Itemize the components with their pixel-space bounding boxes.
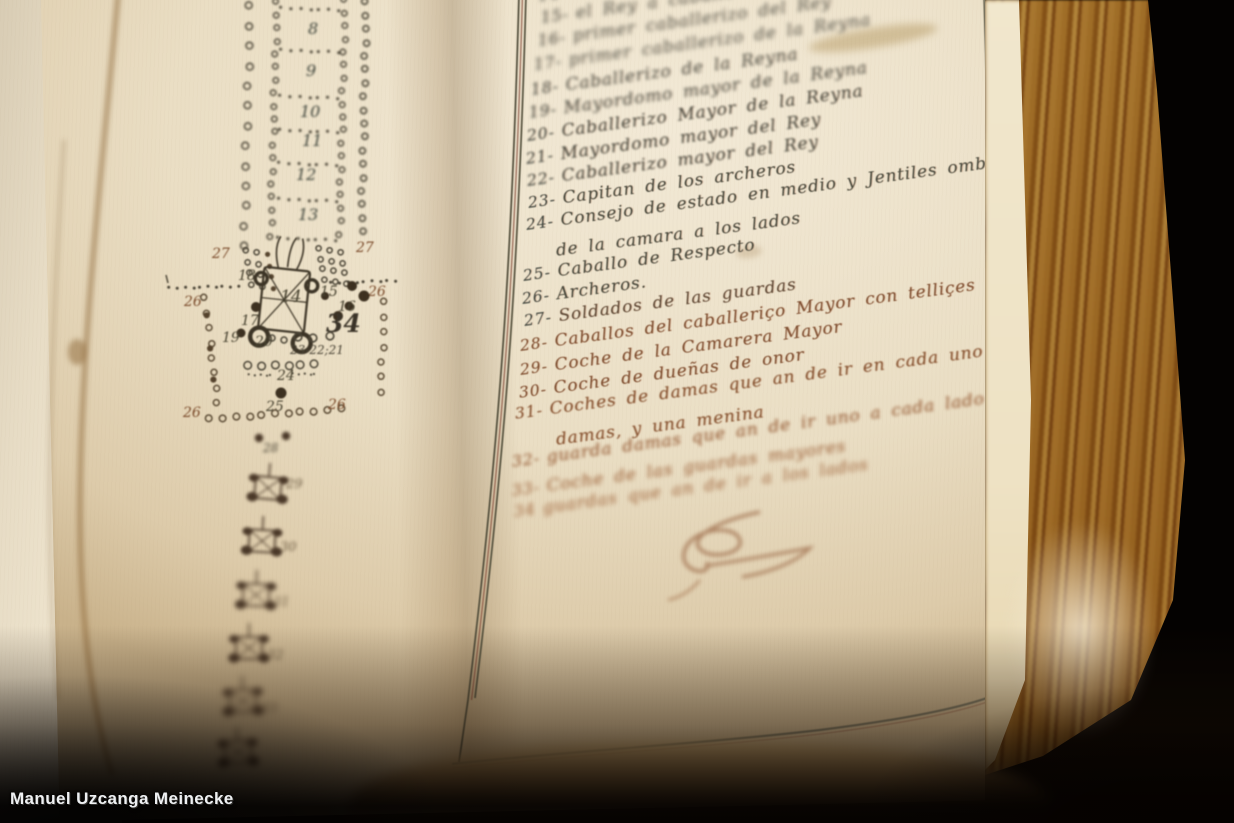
rank-10-label: 10 (300, 102, 320, 121)
label-14: 14 (280, 287, 302, 307)
label-31-train: 31 (273, 595, 290, 610)
page-corner-glow (1005, 520, 1155, 740)
diagram-carriage-block: 27 27 18 26 26 (166, 234, 397, 422)
rank-8-label: 8 (308, 19, 318, 38)
manuscript-photo: 8 9 10 11 12 13 27 27 18 26 26 (0, 0, 1234, 823)
label-28-train: 28 (262, 441, 279, 455)
label-19: 19 (222, 330, 240, 346)
rank-9-label: 9 (306, 61, 316, 80)
label-26-topleft: 26 (183, 294, 202, 310)
label-32-train: 32 (267, 648, 284, 663)
label-15: 15 (320, 284, 338, 300)
rank-11-label: 11 (302, 131, 322, 150)
rank-13-label: 13 (298, 205, 318, 224)
diagram-ladder: 8 9 10 11 12 13 (240, 0, 369, 249)
book-fore-edge (985, 0, 1234, 823)
rank-12-label: 12 (296, 165, 316, 184)
page-fold-creases (50, 0, 118, 775)
signature-flourish (668, 512, 810, 600)
label-18: 18 (238, 268, 256, 284)
label-27-right: 27 (355, 240, 374, 256)
label-25: 25 (265, 399, 284, 415)
label-34-big: 34 (326, 309, 361, 338)
diagram-coach-train: 28 29 30 31 32 33 (217, 432, 303, 767)
label-24: 24 (276, 368, 295, 384)
label-26-bottomright: 26 (327, 397, 346, 413)
label-26-bottomleft: 26 (182, 405, 201, 421)
label-17: 17 (241, 313, 259, 329)
photographer-watermark: Manuel Uzcanga Meinecke (10, 789, 234, 809)
label-27-left: 27 (211, 246, 230, 262)
label-23-22-21: 23-22;21 (289, 343, 344, 357)
label-29-train: 29 (285, 477, 303, 492)
label-30-train: 30 (280, 540, 297, 555)
label-33-train: 33 (261, 701, 278, 716)
